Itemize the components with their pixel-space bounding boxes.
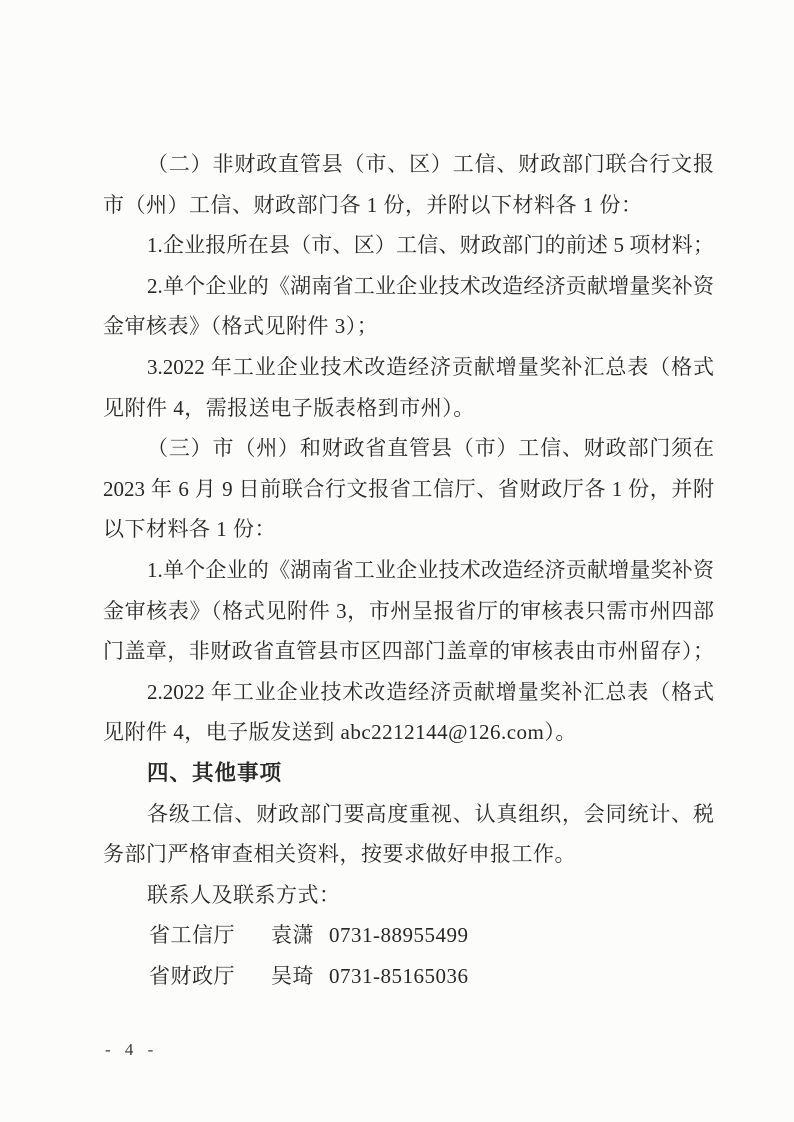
contact-phone: 0731-88955499 (329, 923, 469, 947)
paragraph-line: 门盖章，非财政省直管县市区四部门盖章的审核表由市州留存）； (103, 631, 714, 672)
paragraph-line: 2023 年 6 月 9 日前联合行文报省工信厅、省财政厅各 1 份，并附 (103, 469, 714, 510)
paragraph-line: 市（州）工信、财政部门各 1 份，并附以下材料各 1 份： (103, 185, 714, 226)
paragraph-line: 见附件 4，电子版发送到 abc2212144@126.com）。 (103, 712, 714, 753)
contact-phone: 0731-85165036 (329, 964, 469, 988)
paragraph-line: 1.企业报所在县（市、区）工信、财政部门的前述 5 项材料； (103, 225, 714, 266)
paragraph-line: 各级工信、财政部门要高度重视、认真组织，会同统计、税 (103, 794, 714, 835)
paragraph-line: 以下材料各 1 份： (103, 509, 714, 550)
contact-name: 袁潇 (271, 923, 314, 947)
paragraph-line: 1.单个企业的《湖南省工业企业技术改造经济贡献增量奖补资 (103, 550, 714, 591)
contact-name: 吴琦 (271, 964, 314, 988)
paragraph-line: （三）市（州）和财政省直管县（市）工信、财政部门须在 (103, 428, 714, 469)
document-body: （二）非财政直管县（市、区）工信、财政部门联合行文报 市（州）工信、财政部门各 … (103, 144, 714, 996)
paragraph-line: （二）非财政直管县（市、区）工信、财政部门联合行文报 (103, 144, 714, 185)
contact-row: 省工信厅袁潇0731-88955499 (103, 915, 714, 956)
paragraph-line: 金审核表》（格式见附件 3，市州呈报省厅的审核表只需市州四部 (103, 591, 714, 632)
page-number: - 4 - (105, 1040, 158, 1060)
paragraph-line: 2.2022 年工业企业技术改造经济贡献增量奖补汇总表（格式 (103, 672, 714, 713)
section-heading-other-matters: 四、其他事项 (103, 753, 714, 794)
contact-department: 省工信厅 (149, 923, 235, 947)
paragraph-line: 务部门严格审查相关资料，按要求做好申报工作。 (103, 834, 714, 875)
paragraph-line: 3.2022 年工业企业技术改造经济贡献增量奖补汇总表（格式 (103, 347, 714, 388)
document-page: （二）非财政直管县（市、区）工信、财政部门联合行文报 市（州）工信、财政部门各 … (0, 0, 794, 1122)
contact-row: 省财政厅吴琦0731-85165036 (103, 956, 714, 997)
contact-department: 省财政厅 (149, 964, 235, 988)
paragraph-line: 金审核表》（格式见附件 3）； (103, 306, 714, 347)
paragraph-line: 2.单个企业的《湖南省工业企业技术改造经济贡献增量奖补资 (103, 266, 714, 307)
paragraph-line: 见附件 4，需报送电子版表格到市州）。 (103, 388, 714, 429)
contacts-label: 联系人及联系方式： (103, 875, 714, 916)
